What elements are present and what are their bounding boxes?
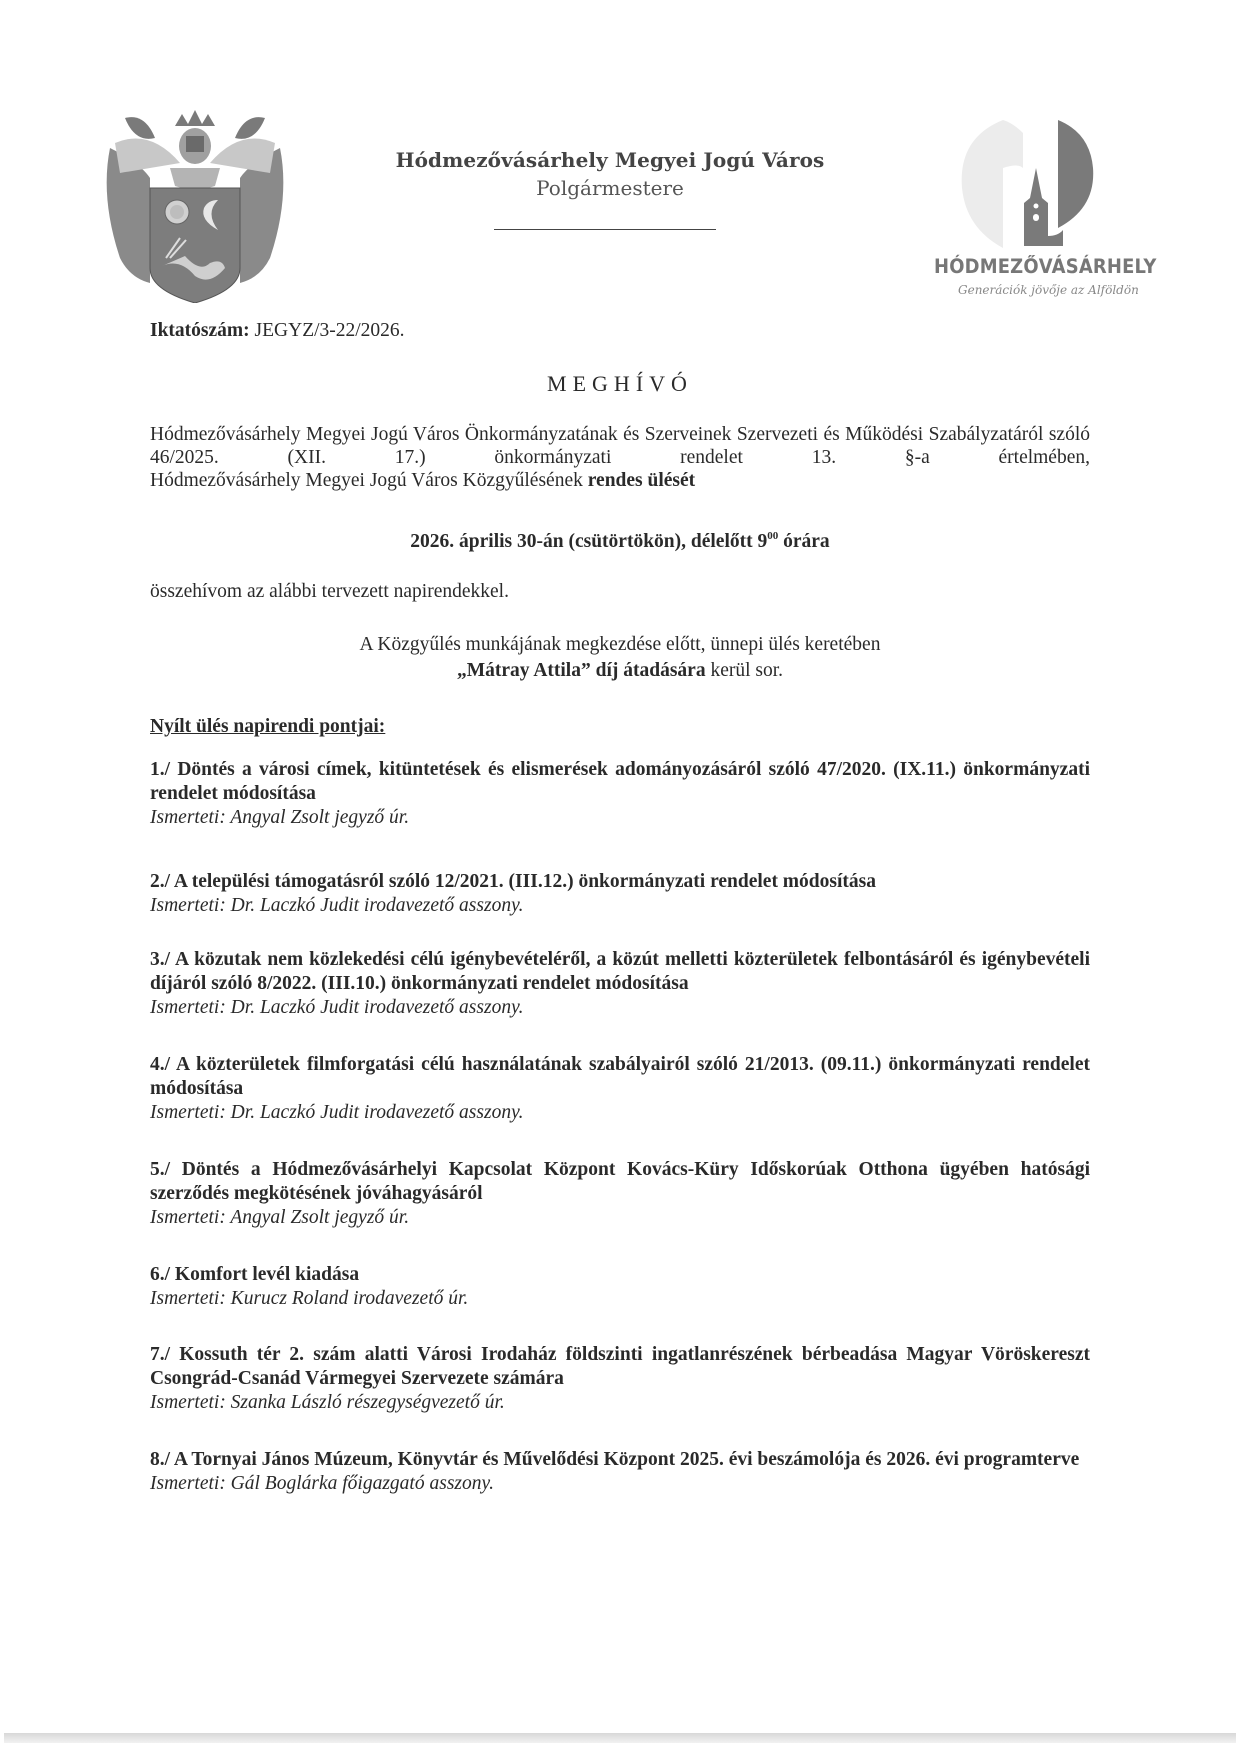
agenda-item: 4./ A közterületek filmforgatási célú ha…	[150, 1053, 1090, 1125]
agenda-item-title: 3./ A közutak nem közlekedési célú igény…	[150, 948, 1090, 996]
agenda-item-presenter: Ismerteti: Dr. Laczkó Judit irodavezető …	[150, 996, 1090, 1020]
document-title: MEGHÍVÓ	[150, 371, 1090, 397]
convene-text: összehívom az alábbi tervezett napirende…	[150, 581, 509, 603]
tower-logo-icon	[928, 108, 1168, 308]
header-divider	[494, 229, 716, 230]
agenda-item-title: 7./ Kossuth tér 2. szám alatti Városi Ir…	[150, 1343, 1090, 1391]
ceremony-rest: kerül sor.	[706, 660, 783, 681]
agenda-item: 7./ Kossuth tér 2. szám alatti Városi Ir…	[150, 1343, 1090, 1415]
agenda-item-title: 1./ Döntés a városi címek, kitüntetések …	[150, 758, 1090, 806]
open-session-heading: Nyílt ülés napirendi pontjai:	[150, 716, 385, 738]
agenda-item: 3./ A közutak nem közlekedési célú igény…	[150, 948, 1090, 1020]
intro-paragraph: Hódmezővásárhely Megyei Jogú Város Önkor…	[150, 423, 1090, 492]
meeting-date-text: 2026. április 30-án (csütörtökön), délel…	[410, 531, 767, 552]
agenda-item-presenter: Ismerteti: Kurucz Roland irodavezető úr.	[150, 1287, 1090, 1311]
brand-tagline: Generációk jövője az Alföldön	[958, 283, 1139, 297]
intro-line2: Hódmezővásárhely Megyei Jogú Város Közgy…	[150, 469, 1090, 492]
coat-of-arms-icon	[100, 108, 290, 303]
agenda-item-title: 6./ Komfort levél kiadása	[150, 1263, 1090, 1287]
agenda-item-title: 8./ A Tornyai János Múzeum, Könyvtár és …	[150, 1448, 1090, 1472]
issuer-title: Hódmezővásárhely Megyei Jogú Város	[380, 148, 840, 172]
agenda-item-title: 5./ Döntés a Hódmezővásárhelyi Kapcsolat…	[150, 1158, 1090, 1206]
agenda-item: 2./ A települési támogatásról szóló 12/2…	[150, 870, 1090, 918]
intro-line2-text: Hódmezővásárhely Megyei Jogú Város Közgy…	[150, 470, 583, 491]
agenda-item-title: 2./ A települési támogatásról szóló 12/2…	[150, 870, 1090, 894]
agenda-item-presenter: Ismerteti: Angyal Zsolt jegyző úr.	[150, 806, 1090, 830]
registration-label: Iktatószám:	[150, 320, 250, 341]
scan-edge	[4, 1733, 1236, 1743]
intro-line1: Hódmezővásárhely Megyei Jogú Város Önkor…	[150, 423, 1090, 469]
award-name: „Mátray Attila” díj átadására	[457, 660, 706, 681]
ceremony-line1: A Közgyűlés munkájának megkezdése előtt,…	[150, 632, 1090, 658]
agenda-item-presenter: Ismerteti: Szanka László részegységvezet…	[150, 1391, 1090, 1415]
agenda-item: 8./ A Tornyai János Múzeum, Könyvtár és …	[150, 1448, 1090, 1496]
ceremony-notice: A Közgyűlés munkájának megkezdése előtt,…	[150, 632, 1090, 684]
agenda-item: 1./ Döntés a városi címek, kitüntetések …	[150, 758, 1090, 830]
meeting-date-suffix: órára	[778, 531, 829, 552]
agenda-item-presenter: Ismerteti: Dr. Laczkó Judit irodavezető …	[150, 1101, 1090, 1125]
intro-line2-bold: rendes ülését	[588, 470, 695, 491]
brand-name: HÓDMEZŐVÁSÁRHELY	[934, 255, 1147, 278]
agenda-item-title: 4./ A közterületek filmforgatási célú ha…	[150, 1053, 1090, 1101]
meeting-time-minutes: 00	[767, 530, 778, 542]
agenda-item-presenter: Ismerteti: Gál Boglárka főigazgató asszo…	[150, 1472, 1090, 1496]
ceremony-line2: „Mátray Attila” díj átadására kerül sor.	[150, 658, 1090, 684]
agenda-item-presenter: Ismerteti: Dr. Laczkó Judit irodavezető …	[150, 894, 1090, 918]
registration-value: JEGYZ/3-22/2026.	[255, 320, 405, 341]
issuer-subtitle: Polgármestere	[380, 176, 840, 200]
registration-number: Iktatószám: JEGYZ/3-22/2026.	[150, 320, 405, 342]
agenda-item-presenter: Ismerteti: Angyal Zsolt jegyző úr.	[150, 1206, 1090, 1230]
agenda-item: 6./ Komfort levél kiadása Ismerteti: Kur…	[150, 1263, 1090, 1311]
meeting-date: 2026. április 30-án (csütörtökön), délel…	[150, 530, 1090, 553]
agenda-item: 5./ Döntés a Hódmezővásárhelyi Kapcsolat…	[150, 1158, 1090, 1230]
